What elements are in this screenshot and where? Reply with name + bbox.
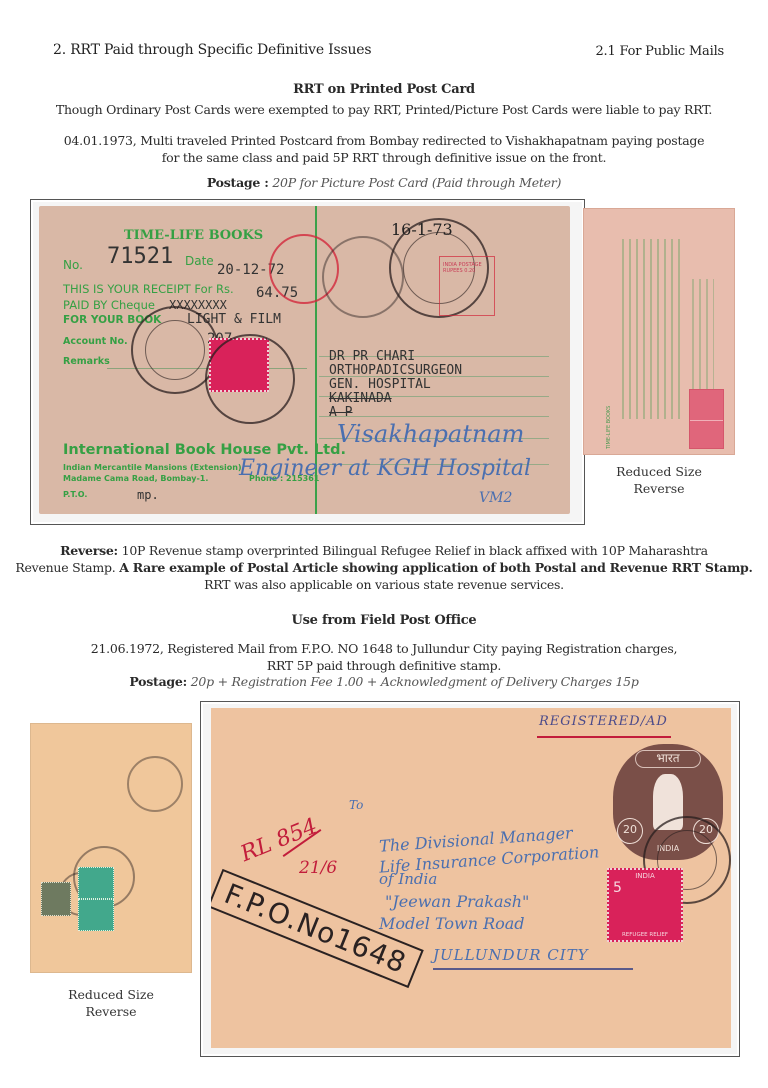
revenue-stamps (689, 389, 724, 449)
stamp-value: 5 (613, 880, 622, 896)
paid-by-label: PAID BY Cheque (63, 298, 155, 312)
addressee-state-struck: A P (329, 405, 352, 420)
item2-description-line2: RRT 5P paid through definitive stamp. (0, 657, 768, 674)
reverse-caption-2: Reduced Size Reverse (30, 986, 192, 1020)
postage-label: Postage: (129, 674, 187, 689)
postmark (127, 756, 183, 812)
item2-postage: Postage: 20p + Registration Fee 1.00 + A… (0, 673, 768, 690)
reverse-brand: TIME-LIFE BOOKS (606, 249, 613, 449)
cover-front: REGISTERED/AD भारत 20 20 INDIA INDIA 5 R… (211, 708, 731, 1048)
initials: mp. (137, 488, 159, 502)
address-line-5: Model Town Road (379, 914, 525, 933)
caption-line: Reduced Size (583, 463, 735, 480)
address-city: JULLUNDUR CITY (433, 946, 589, 964)
postcard-front: TIME-LIFE BOOKS No. 71521 Date 20-12-72 … (39, 206, 570, 514)
cover-front-frame: REGISTERED/AD भारत 20 20 INDIA INDIA 5 R… (200, 701, 740, 1057)
reverse-note-line3: RRT was also applicable on various state… (0, 576, 768, 593)
postmark (205, 334, 295, 424)
postage-label: Postage : (207, 175, 269, 190)
postage-value: 20p + Registration Fee 1.00 + Acknowledg… (191, 674, 639, 689)
reverse-signature-text (692, 279, 714, 389)
caption-line: Reverse (30, 1003, 192, 1020)
postage-value: 20P for Picture Post Card (Paid through … (272, 175, 561, 190)
definitive-stamp (41, 882, 71, 916)
postcard-reverse-image: TIME-LIFE BOOKS (583, 208, 735, 455)
addressee-name: DR PR CHARI (329, 349, 415, 364)
item1-description-line1: 04.01.1973, Multi traveled Printed Postc… (0, 132, 768, 149)
pto-label: P.T.O. (63, 490, 87, 499)
company-address-1: Indian Mercantile Mansions (Extension) (63, 463, 242, 472)
address-rule (319, 416, 549, 417)
meter-text: INDIA POSTAGE RUPEES 0.20 (443, 262, 493, 274)
city-underline (433, 968, 633, 970)
addressee-city-struck: KAKINADA (329, 391, 392, 406)
stationery-script: भारत (635, 750, 701, 768)
reverse-note-text: 10P Revenue stamp overprinted Bilingual … (118, 543, 708, 558)
reverse-note-text: Revenue Stamp. (15, 560, 119, 575)
item2-title: Use from Field Post Office (0, 612, 768, 629)
reverse-note-line2: Revenue Stamp. A Rare example of Postal … (0, 559, 768, 576)
caption-line: Reduced Size (30, 986, 192, 1003)
value-left: 20 (617, 818, 643, 844)
subsection-heading: 2.1 For Public Mails (595, 44, 724, 59)
account-label: Account No. (63, 336, 128, 347)
receipt-number: 71521 (107, 244, 173, 269)
redirect-city: Visakhapatnam (337, 420, 524, 448)
registered-underline (537, 736, 671, 738)
date-label: Date (185, 254, 214, 268)
redirect-hospital: Engineer at KGH Hospital (239, 456, 531, 481)
item1-postage: Postage : 20P for Picture Post Card (Pai… (0, 174, 768, 191)
receipt-line: THIS IS YOUR RECEIPT For Rs. (63, 282, 234, 296)
reverse-note-line1: Reverse: 10P Revenue stamp overprinted B… (0, 542, 768, 559)
no-label: No. (63, 258, 83, 272)
item2-description-line1: 21.06.1972, Registered Mail from F.P.O. … (0, 640, 768, 657)
addressee-title: ORTHOPADICSURGEON (329, 363, 462, 378)
remarks-label: Remarks (63, 356, 110, 367)
company-address-2: Madame Cama Road, Bombay-1. (63, 474, 208, 483)
brand-label: TIME-LIFE BOOKS (124, 228, 263, 243)
caption-line: Reverse (583, 480, 735, 497)
addressee-hospital: GEN. HOSPITAL (329, 377, 431, 392)
registered-ad-marking: REGISTERED/AD (539, 714, 668, 729)
rare-example-note: A Rare example of Postal Article showing… (119, 560, 752, 575)
redirect-code: VM2 (479, 490, 512, 506)
section-heading: 2. RRT Paid through Specific Definitive … (53, 42, 371, 58)
reverse-note-label: Reverse: (60, 543, 118, 558)
definitive-stamp (78, 867, 114, 899)
address-line-4: "Jeewan Prakash" (385, 892, 529, 911)
refugee-relief-stamp: INDIA 5 REFUGEE RELIEF (607, 868, 683, 942)
reverse-caption-1: Reduced Size Reverse (583, 463, 735, 497)
address-line-3: of India (379, 870, 437, 888)
postcard-front-frame: TIME-LIFE BOOKS No. 71521 Date 20-12-72 … (30, 199, 585, 525)
to-label: To (349, 798, 363, 812)
cover-reverse-image (30, 723, 192, 973)
item1-description-line2: for the same class and paid 5P RRT throu… (0, 149, 768, 166)
stamp-country: INDIA (613, 872, 677, 880)
registration-date: 21/6 (299, 858, 337, 878)
stamp-caption: REFUGEE RELIEF (611, 932, 679, 938)
item1-title: RRT on Printed Post Card (0, 81, 768, 98)
reverse-printed-text (622, 239, 682, 419)
definitive-stamp (78, 899, 114, 931)
item1-intro: Though Ordinary Post Cards were exempted… (0, 101, 768, 118)
